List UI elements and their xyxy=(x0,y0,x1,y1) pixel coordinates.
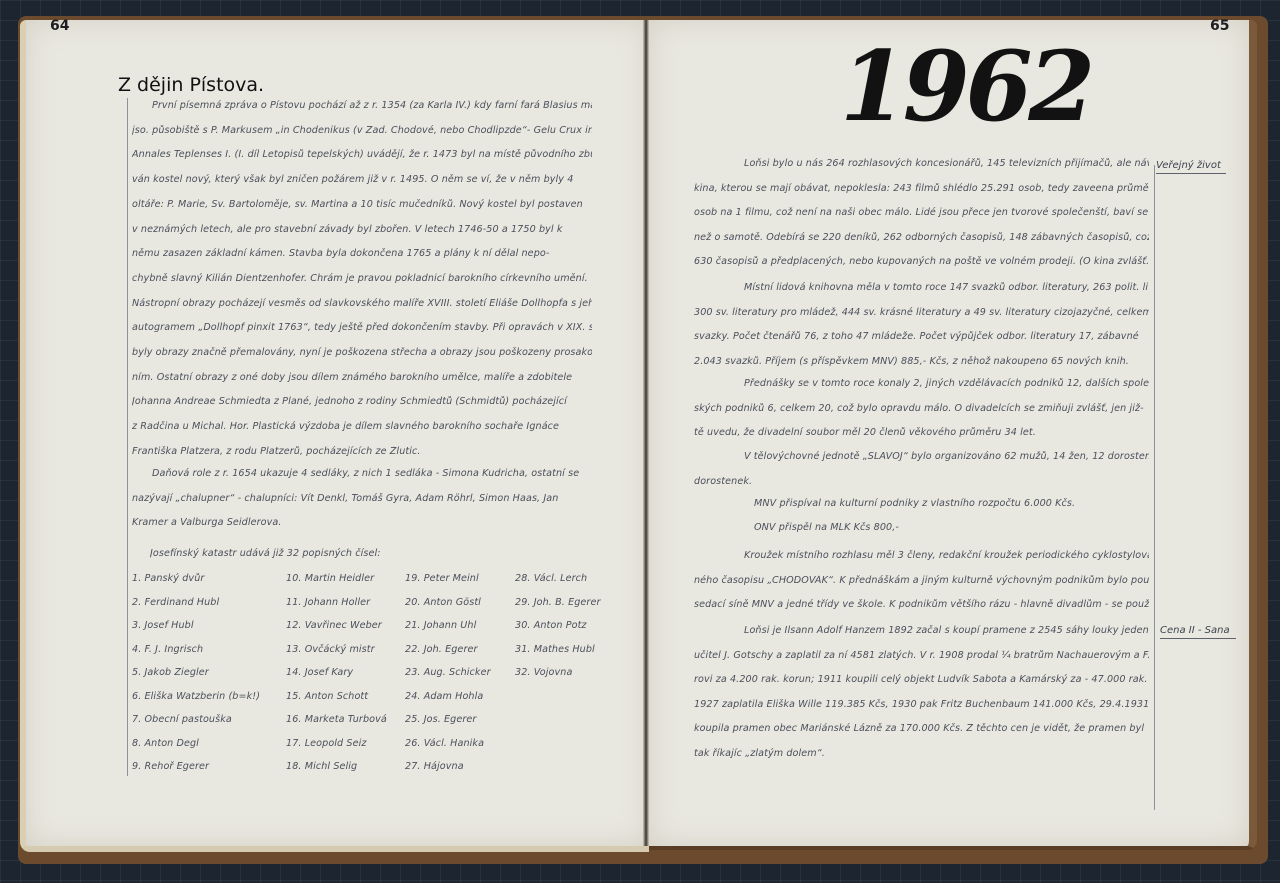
chronicle-text-line: ských podniků 6, celkem 20, což bylo opr… xyxy=(694,403,1149,414)
house-number-entry: 29. Joh. B. Egerer xyxy=(515,597,630,608)
house-number-entry: 28. Václ. Lerch xyxy=(515,573,630,584)
history-text-line: První písemná zpráva o Pístovu pochází a… xyxy=(152,100,592,111)
house-number-entry: 23. Aug. Schicker xyxy=(405,667,520,678)
chronicle-text-line: sedací síně MNV a jedné třídy ve škole. … xyxy=(694,599,1149,610)
chronicle-text-line: Loňsi bylo u nás 264 rozhlasových konces… xyxy=(744,158,1149,169)
chronicle-text-line: MNV přispíval na kulturní podniky z vlas… xyxy=(754,498,1149,509)
chronicle-text-line: tě uvedu, že divadelní soubor měl 20 čle… xyxy=(694,427,1149,438)
history-text-line: Nástropní obrazy pocházejí vesměs od sla… xyxy=(132,298,592,309)
tax-roll-text-line: Daňová role z r. 1654 ukazuje 4 sedláky,… xyxy=(152,468,592,479)
history-text-line: autogramem „Dollhopf pinxit 1763“, tedy … xyxy=(132,322,592,333)
house-number-entry: 11. Johann Holler xyxy=(286,597,401,608)
house-number-entry: 30. Anton Potz xyxy=(515,620,630,631)
house-number-entry: 20. Anton Göstl xyxy=(405,597,520,608)
margin-note-public-life: Veřejný život xyxy=(1156,160,1226,174)
house-number-entry: 1. Panský dvůr xyxy=(132,573,282,584)
house-number-entry: 27. Hájovna xyxy=(405,761,520,772)
house-number-entry: 4. F. J. Ingrisch xyxy=(132,644,282,655)
chronicle-text-line: kina, kterou se mají obávat, nepoklesla:… xyxy=(694,183,1149,194)
house-number-entry: 21. Johann Uhl xyxy=(405,620,520,631)
house-number-entry: 19. Peter Meinl xyxy=(405,573,520,584)
chronicle-text-line: 1927 zaplatila Eliška Wille 119.385 Kčs,… xyxy=(694,699,1149,710)
history-text-line: oltáře: P. Marie, Sv. Bartoloměje, sv. M… xyxy=(132,199,592,210)
chronicle-text-line: Místní lidová knihovna měla v tomto roce… xyxy=(744,282,1149,293)
house-number-entry: 6. Eliška Watzberin (b=k!) xyxy=(132,691,282,702)
history-text-line: Františka Platzera, z rodu Platzerů, poc… xyxy=(132,446,592,457)
chronicle-text-line: osob na 1 filmu, což není na naši obec m… xyxy=(694,207,1149,218)
house-number-entry: 31. Mathes Hubl xyxy=(515,644,630,655)
list-intro: Josefínský katastr udává již 32 popisnýc… xyxy=(150,548,510,559)
house-number-entry: 2. Ferdinand Hubl xyxy=(132,597,282,608)
chronicle-text-line: svazky. Počet čtenářů 76, z toho 47 mlád… xyxy=(694,331,1149,342)
left-page-title: Z dějin Pístova. xyxy=(118,74,264,96)
right-page-number: 65 xyxy=(1210,18,1229,34)
history-text-line: v neznámých letech, ale pro stavební záv… xyxy=(132,224,592,235)
house-number-entry: 17. Leopold Seiz xyxy=(286,738,401,749)
history-text-line: Annales Teplenses I. (I. díl Letopisů te… xyxy=(132,149,592,160)
chronicle-text-line: koupila pramen obec Mariánské Lázně za 1… xyxy=(694,723,1149,734)
chronicle-text-line: ONV přispěl na MLK Kčs 800,- xyxy=(754,522,1149,533)
chronicle-text-line: Kroužek místního rozhlasu měl 3 členy, r… xyxy=(744,550,1149,561)
house-number-entry: 14. Josef Kary xyxy=(286,667,401,678)
left-page-number: 64 xyxy=(50,18,69,34)
left-margin-rule xyxy=(127,98,128,776)
history-text-line: němu zasazen základní kámen. Stavba byla… xyxy=(132,248,592,259)
chronicle-text-line: 630 časopisů a předplacených, nebo kupov… xyxy=(694,256,1149,267)
left-page xyxy=(20,20,649,852)
chronicle-text-line: 300 sv. literatury pro mládež, 444 sv. k… xyxy=(694,307,1149,318)
history-text-line: Johanna Andreae Schmiedta z Plané, jedno… xyxy=(132,396,592,407)
house-number-entry: 3. Josef Hubl xyxy=(132,620,282,631)
history-text-line: chybně slavný Kilián Dientzenhofer. Chrá… xyxy=(132,273,592,284)
house-number-entry: 5. Jakob Ziegler xyxy=(132,667,282,678)
house-number-entry: 32. Vojovna xyxy=(515,667,630,678)
chronicle-text-line: ného časopisu „CHODOVÁK“. K přednáškám a… xyxy=(694,575,1149,586)
house-number-entry: 26. Václ. Hanika xyxy=(405,738,520,749)
chronicle-text-line: 2.043 svazků. Příjem (s příspěvkem MNV) … xyxy=(694,356,1149,367)
chronicle-text-line: tak říkajíc „zlatým dolem“. xyxy=(694,748,1149,759)
history-text-line: z Radčina u Michal. Hor. Plastická výzdo… xyxy=(132,421,592,432)
chronicle-text-line: Přednášky se v tomto roce konaly 2, jiný… xyxy=(744,378,1149,389)
history-text-line: ván kostel nový, který však byl zničen p… xyxy=(132,174,592,185)
house-number-entry: 22. Joh. Egerer xyxy=(405,644,520,655)
house-number-entry: 9. Řehoř Egerer xyxy=(132,761,282,772)
margin-note-price: Cena II - Sana xyxy=(1160,625,1236,639)
house-number-entry: 13. Ovčácký mistr xyxy=(286,644,401,655)
chronicle-text-line: Loňsi je Ilsann Adolf Hanzem 1892 začal … xyxy=(744,625,1149,636)
house-number-entry: 24. Adam Hohla xyxy=(405,691,520,702)
right-margin-rule xyxy=(1154,165,1155,810)
chronicle-text-line: učitel J. Gotschy a zaplatil za ní 4581 … xyxy=(694,650,1149,661)
house-number-entry: 25. Jos. Egerer xyxy=(405,714,520,725)
tax-roll-text-line: Kramer a Valburga Seidlerova. xyxy=(132,517,592,528)
chronicle-text-line: V tělovýchovné jednotě „SLAVOJ“ bylo org… xyxy=(744,451,1149,462)
history-text-line: byly obrazy značně přemalovány, nyní je … xyxy=(132,347,592,358)
history-text-line: ním. Ostatní obrazy z oné doby jsou díle… xyxy=(132,372,592,383)
house-number-entry: 7. Obecní pastouška xyxy=(132,714,282,725)
house-number-entry: 12. Vavřinec Weber xyxy=(286,620,401,631)
house-number-entry: 8. Anton Degl xyxy=(132,738,282,749)
chronicle-text-line: dorostenek. xyxy=(694,476,1149,487)
chronicle-text-line: rovi za 4.200 rak. korun; 1911 koupili c… xyxy=(694,674,1149,685)
house-number-entry: 16. Marketa Turbová xyxy=(286,714,401,725)
house-number-entry: 10. Martin Heidler xyxy=(286,573,401,584)
history-text-line: jso. působiště s P. Markusem „in Chodeni… xyxy=(132,125,592,136)
house-number-entry: 18. Michl Selig xyxy=(286,761,401,772)
year-heading: 1962 xyxy=(840,30,1091,143)
chronicle-text-line: než o samotě. Odebírá se 220 deníků, 262… xyxy=(694,232,1149,243)
tax-roll-text-line: nazývají „chalupner“ - chalupníci: Vít D… xyxy=(132,493,592,504)
house-number-entry: 15. Anton Schott xyxy=(286,691,401,702)
